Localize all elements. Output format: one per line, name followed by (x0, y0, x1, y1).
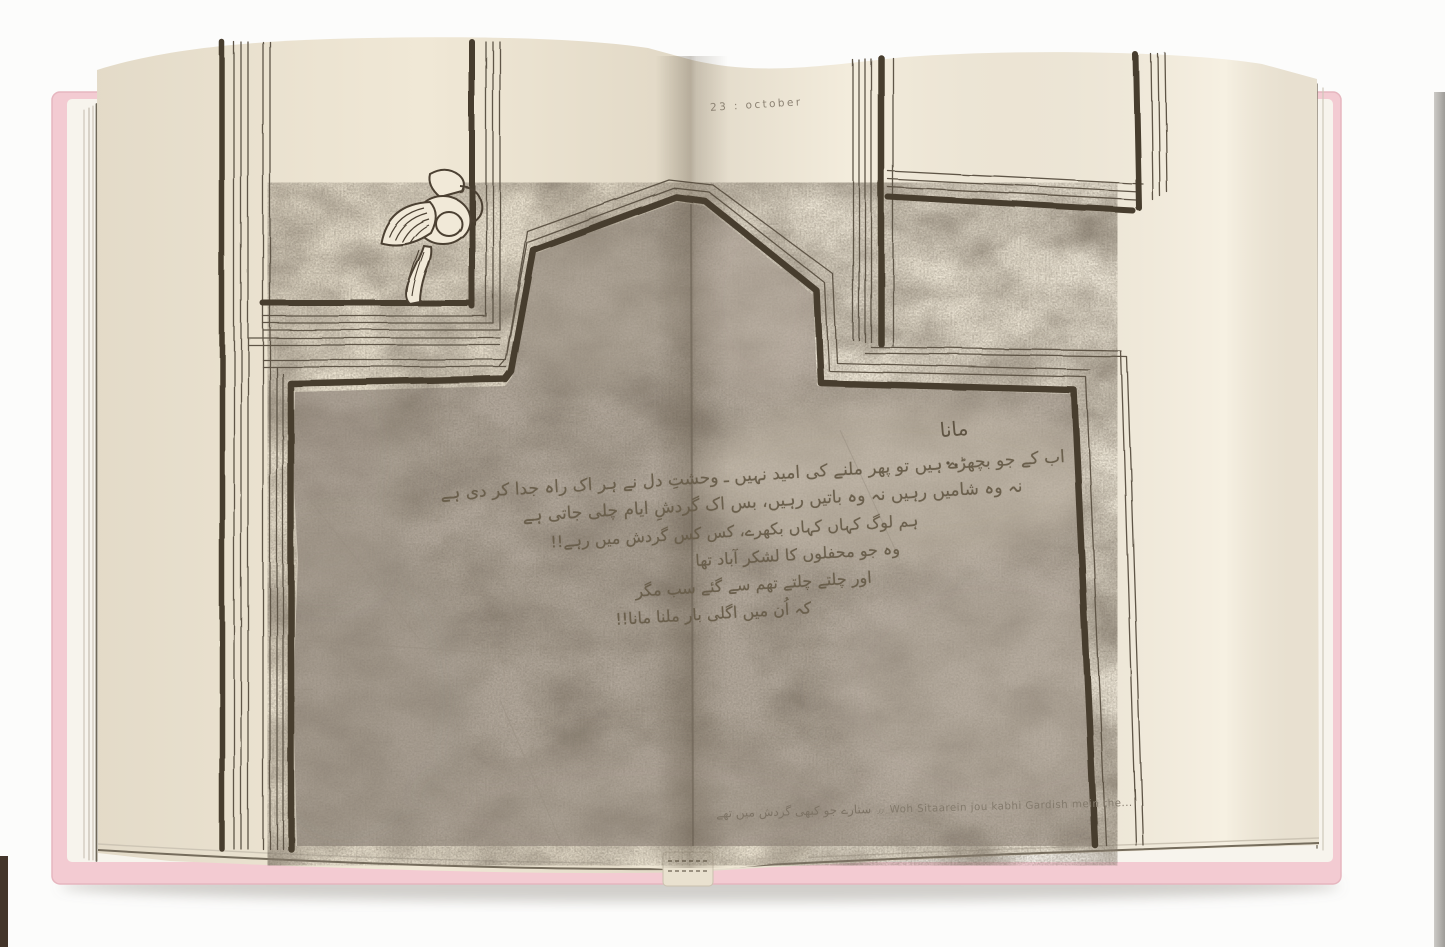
gutter-shadow (656, 56, 728, 868)
caption-separator: ٫٫ (877, 805, 884, 816)
book-photo: 23 : october مانا اب کے جو بچھڑے ہیں تو … (0, 0, 1445, 947)
background-strip-right (1434, 92, 1445, 947)
background-strip-left-dark (0, 856, 8, 947)
